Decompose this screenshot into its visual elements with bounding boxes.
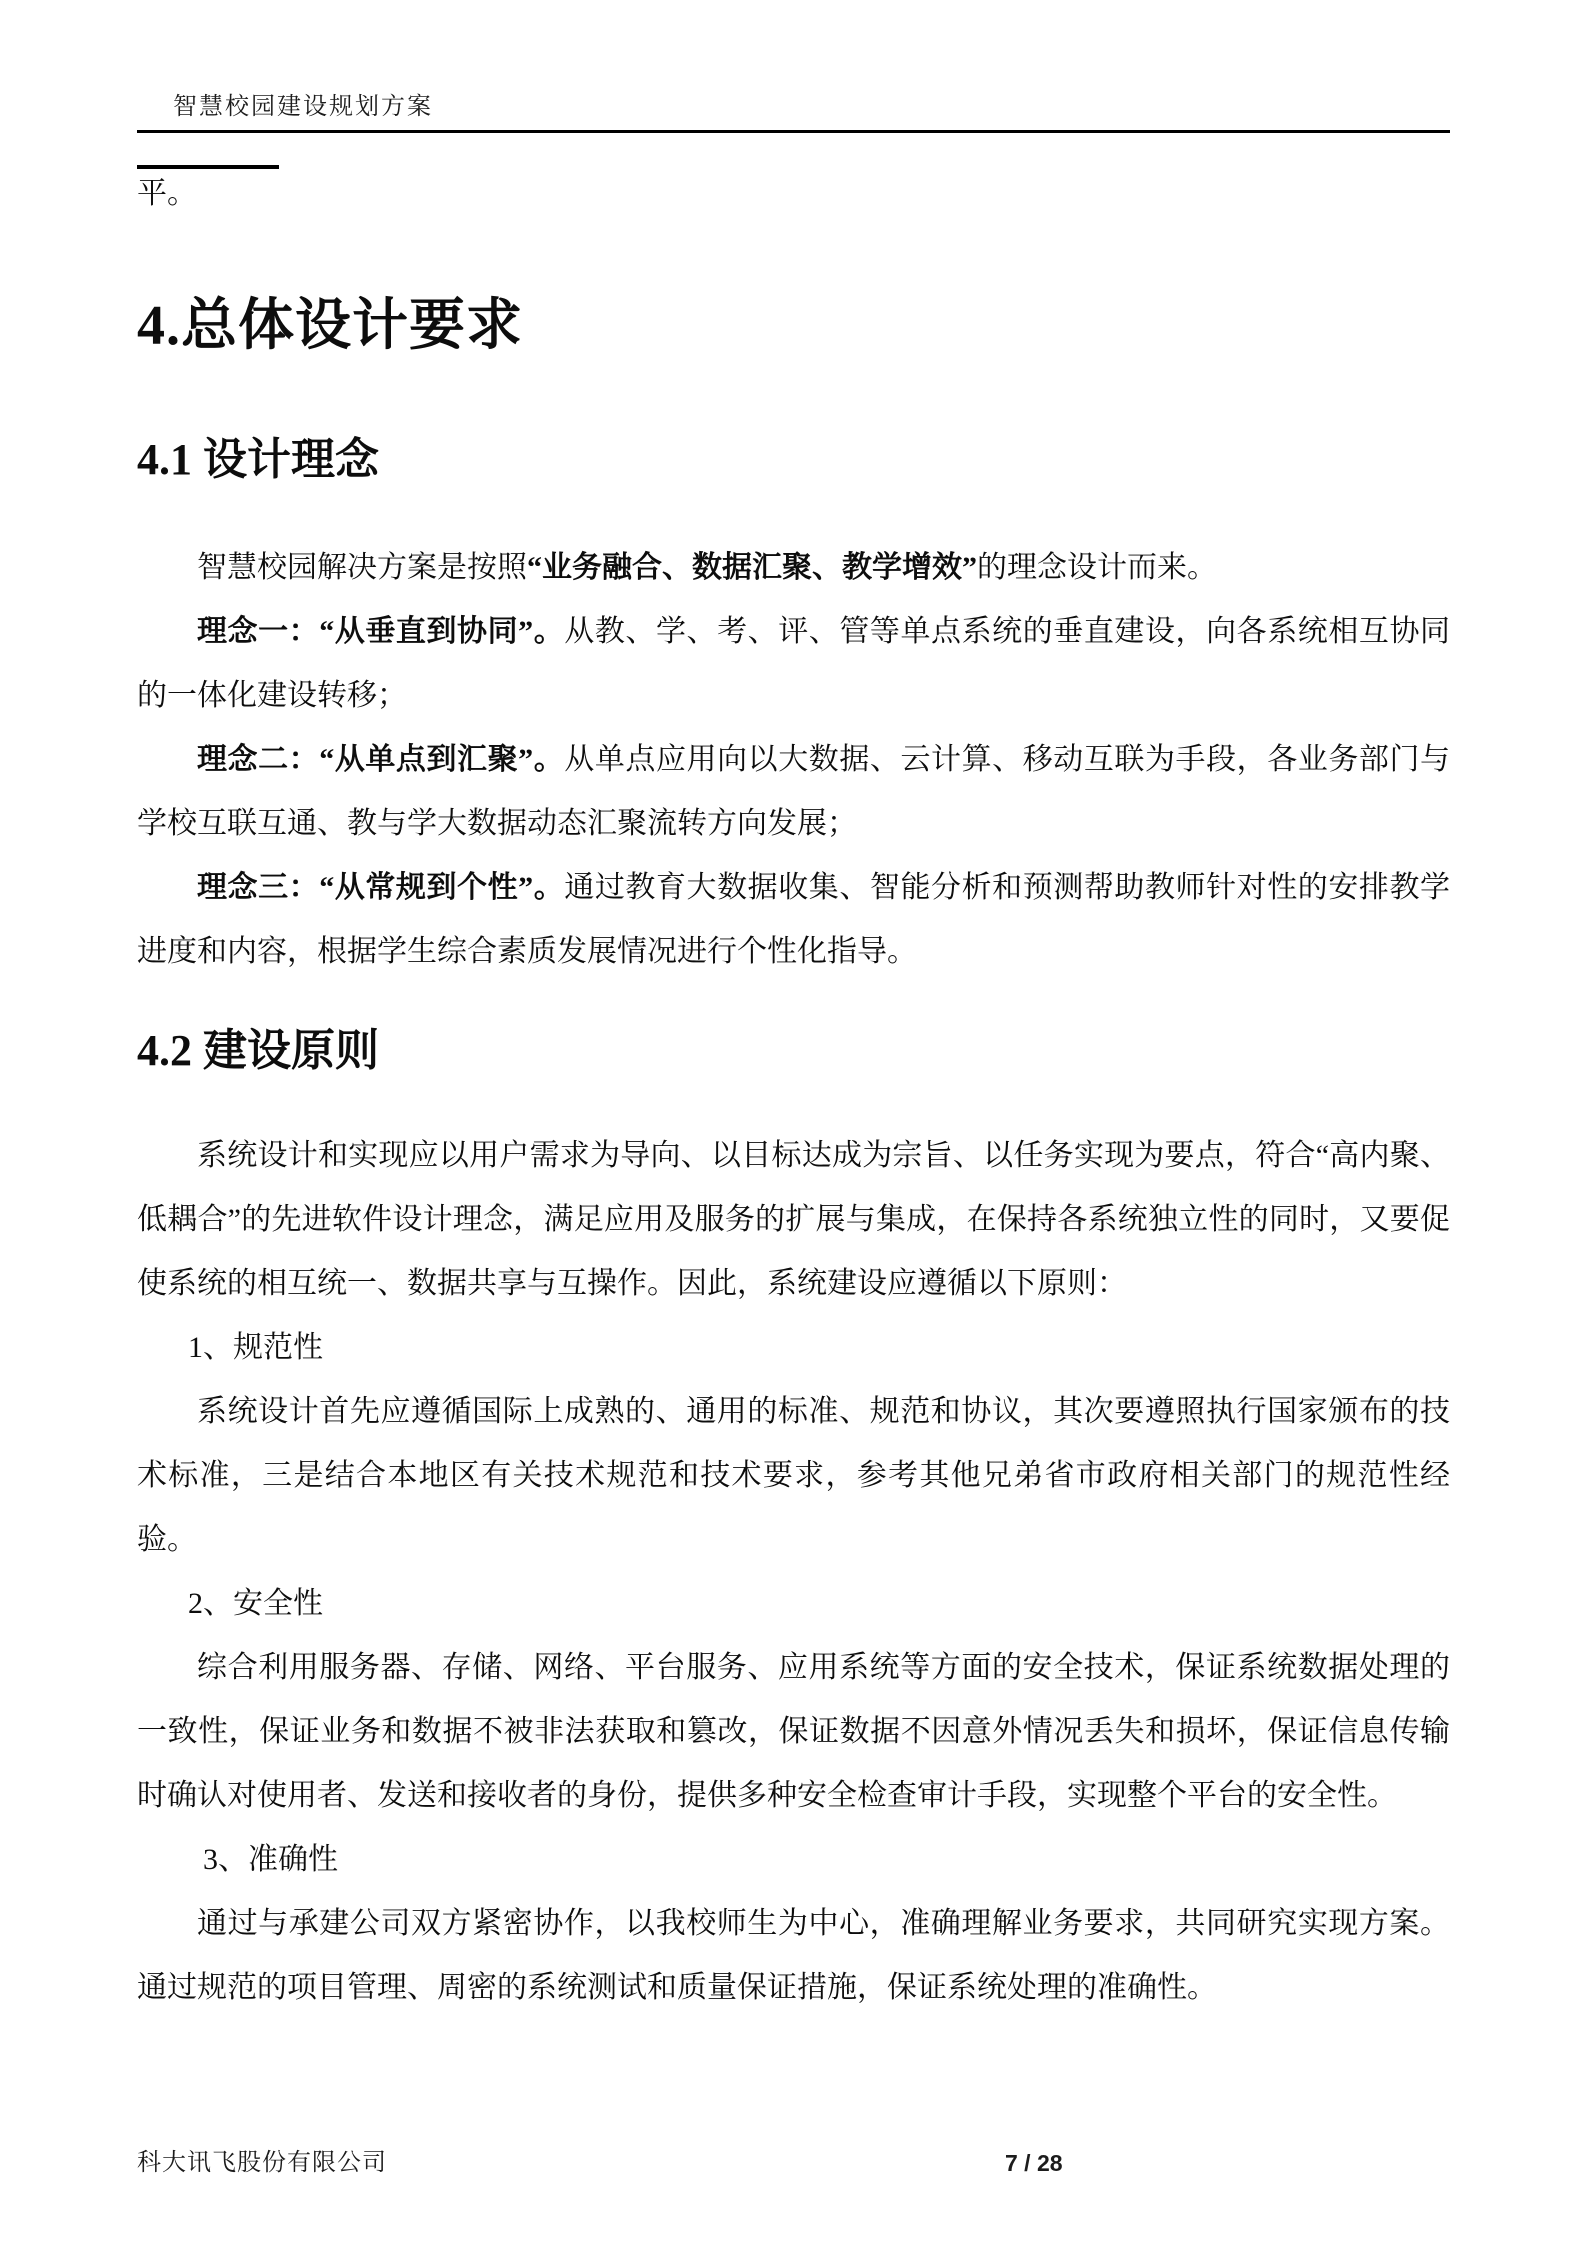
numbered-item-2: 2、安全性 — [137, 1572, 1450, 1636]
fragment-top-rule — [137, 165, 279, 169]
paragraph: 理念三：“从常规到个性”。通过教育大数据收集、智能分析和预测帮助教师针对性的安排… — [137, 856, 1450, 984]
paragraph: 智慧校园解决方案是按照“业务融合、数据汇聚、教学增效”的理念设计而来。 — [137, 536, 1450, 600]
paragraph: 理念二：“从单点到汇聚”。从单点应用向以大数据、云计算、移动互联为手段，各业务部… — [137, 728, 1450, 856]
document-page: 智慧校园建设规划方案 平。 4.总体设计要求 4.1 设计理念 智慧校园解决方案… — [0, 0, 1587, 2245]
section-heading-42: 4.2 建设原则 — [137, 1024, 1450, 1077]
section-heading-41: 4.1 设计理念 — [137, 433, 1450, 486]
paragraph: 理念一：“从垂直到协同”。从教、学、考、评、管等单点系统的垂直建设，向各系统相互… — [137, 600, 1450, 728]
header-title: 智慧校园建设规划方案 — [173, 94, 433, 120]
paragraph: 综合利用服务器、存储、网络、平台服务、应用系统等方面的安全技术，保证系统数据处理… — [137, 1636, 1450, 1828]
paragraph: 系统设计首先应遵循国际上成熟的、通用的标准、规范和协议，其次要遵照执行国家颁布的… — [137, 1380, 1450, 1572]
carryover-text: 平。 — [137, 173, 1450, 215]
chapter-heading: 4.总体设计要求 — [137, 291, 1450, 361]
paragraph: 系统设计和实现应以用户需求为导向、以目标达成为宗旨、以任务实现为要点，符合“高内… — [137, 1124, 1450, 1316]
page-header: 智慧校园建设规划方案 — [137, 93, 1450, 133]
footer-company-name: 科大讯飞股份有限公司 — [137, 2148, 387, 2178]
footer-page-number: 7 / 28 — [1005, 2148, 1063, 2178]
numbered-item-1: 1、规范性 — [137, 1316, 1450, 1380]
paragraph: 通过与承建公司双方紧密协作，以我校师生为中心，准确理解业务要求，共同研究实现方案… — [137, 1892, 1450, 2020]
section-42-body: 系统设计和实现应以用户需求为导向、以目标达成为宗旨、以任务实现为要点，符合“高内… — [137, 1124, 1450, 2020]
numbered-item-3: 3、准确性 — [137, 1828, 1450, 1892]
section-41-body: 智慧校园解决方案是按照“业务融合、数据汇聚、教学增效”的理念设计而来。 理念一：… — [137, 536, 1450, 984]
